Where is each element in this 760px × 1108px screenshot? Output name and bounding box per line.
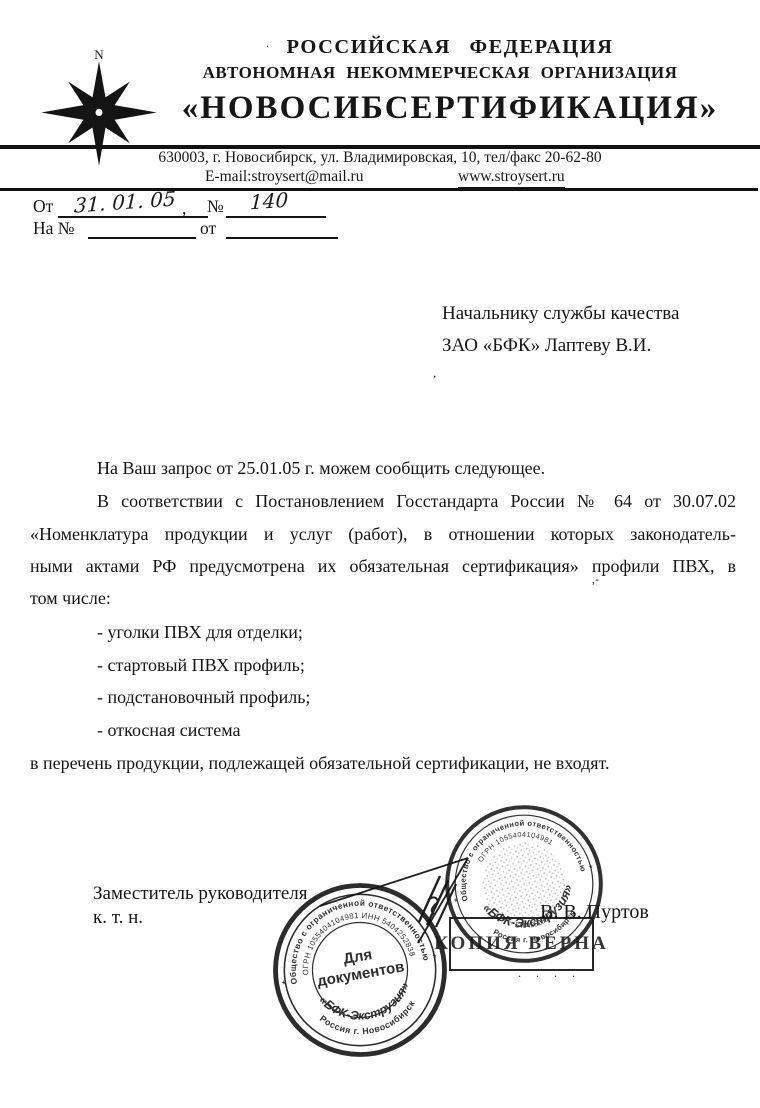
header-org-name: «НОВОСИБСЕРТИФИКАЦИЯ» xyxy=(120,90,760,127)
body-line: том числе: xyxy=(30,588,736,609)
ref-on-number-underline xyxy=(88,237,196,239)
body-line: ными актами РФ предусмотрена их обязател… xyxy=(30,556,736,577)
ref-from-date-handwritten: 31. 01. 05 xyxy=(74,186,176,217)
body-line: В соответствии с Постановлением Госстанд… xyxy=(30,491,736,512)
signer-position-line-2: к. т. н. xyxy=(93,907,143,929)
scan-speck: , xyxy=(432,366,439,381)
body-line: На Ваш запрос от 25.01.05 г. можем сообщ… xyxy=(30,458,736,479)
ref-from-label: От xyxy=(33,196,53,217)
ref-number-underline xyxy=(226,216,326,218)
header-org-type: АВТОНОМНАЯ НЕКОММЕРЧЕСКАЯ ОРГАНИЗАЦИЯ xyxy=(120,63,760,83)
ref-on-number-label: На № xyxy=(33,218,74,239)
ref-number-handwritten: 140 xyxy=(250,188,289,215)
body-list-item: - подстановочный профиль; xyxy=(30,687,736,708)
ref-on-from-label: от xyxy=(200,218,216,239)
addressee-line-1: Начальнику службы качества xyxy=(442,303,679,325)
header-website: www.stroysert.ru xyxy=(458,168,565,188)
body-line: «Номенклатура продукции и услуг (работ),… xyxy=(30,524,736,545)
compass-north-label: N xyxy=(94,47,104,62)
signer-name: В. В. Пуртов xyxy=(540,901,649,924)
body-list-item: - стартовый ПВХ профиль; xyxy=(30,655,736,676)
stamp-separator-star: * xyxy=(588,863,595,875)
body-list-item: - уголки ПВХ для отделки; xyxy=(30,622,736,643)
ref-number-label: № xyxy=(207,196,224,217)
ref-comma: , xyxy=(182,198,186,219)
addressee-line-2: ЗАО «БФК» Лаптеву В.И. xyxy=(442,335,651,357)
header-email: E-mail:stroysert@mail.ru xyxy=(205,168,363,186)
letter-page: N . , ,- РОССИЙСКАЯ ФЕДЕРАЦИЯ АВТОНОМНАЯ… xyxy=(0,0,760,1108)
body-list-item: - откосная система xyxy=(30,720,736,741)
ref-on-from-underline xyxy=(226,237,338,239)
header-country: РОССИЙСКАЯ ФЕДЕРАЦИЯ xyxy=(140,36,760,59)
body-line: в перечень продукции, подлежащей обязате… xyxy=(30,753,736,774)
scan-speck: . . . . xyxy=(518,966,581,981)
header-address: 630003, г. Новосибирск, ул. Владимировск… xyxy=(20,149,740,167)
handwritten-signature xyxy=(300,840,500,960)
